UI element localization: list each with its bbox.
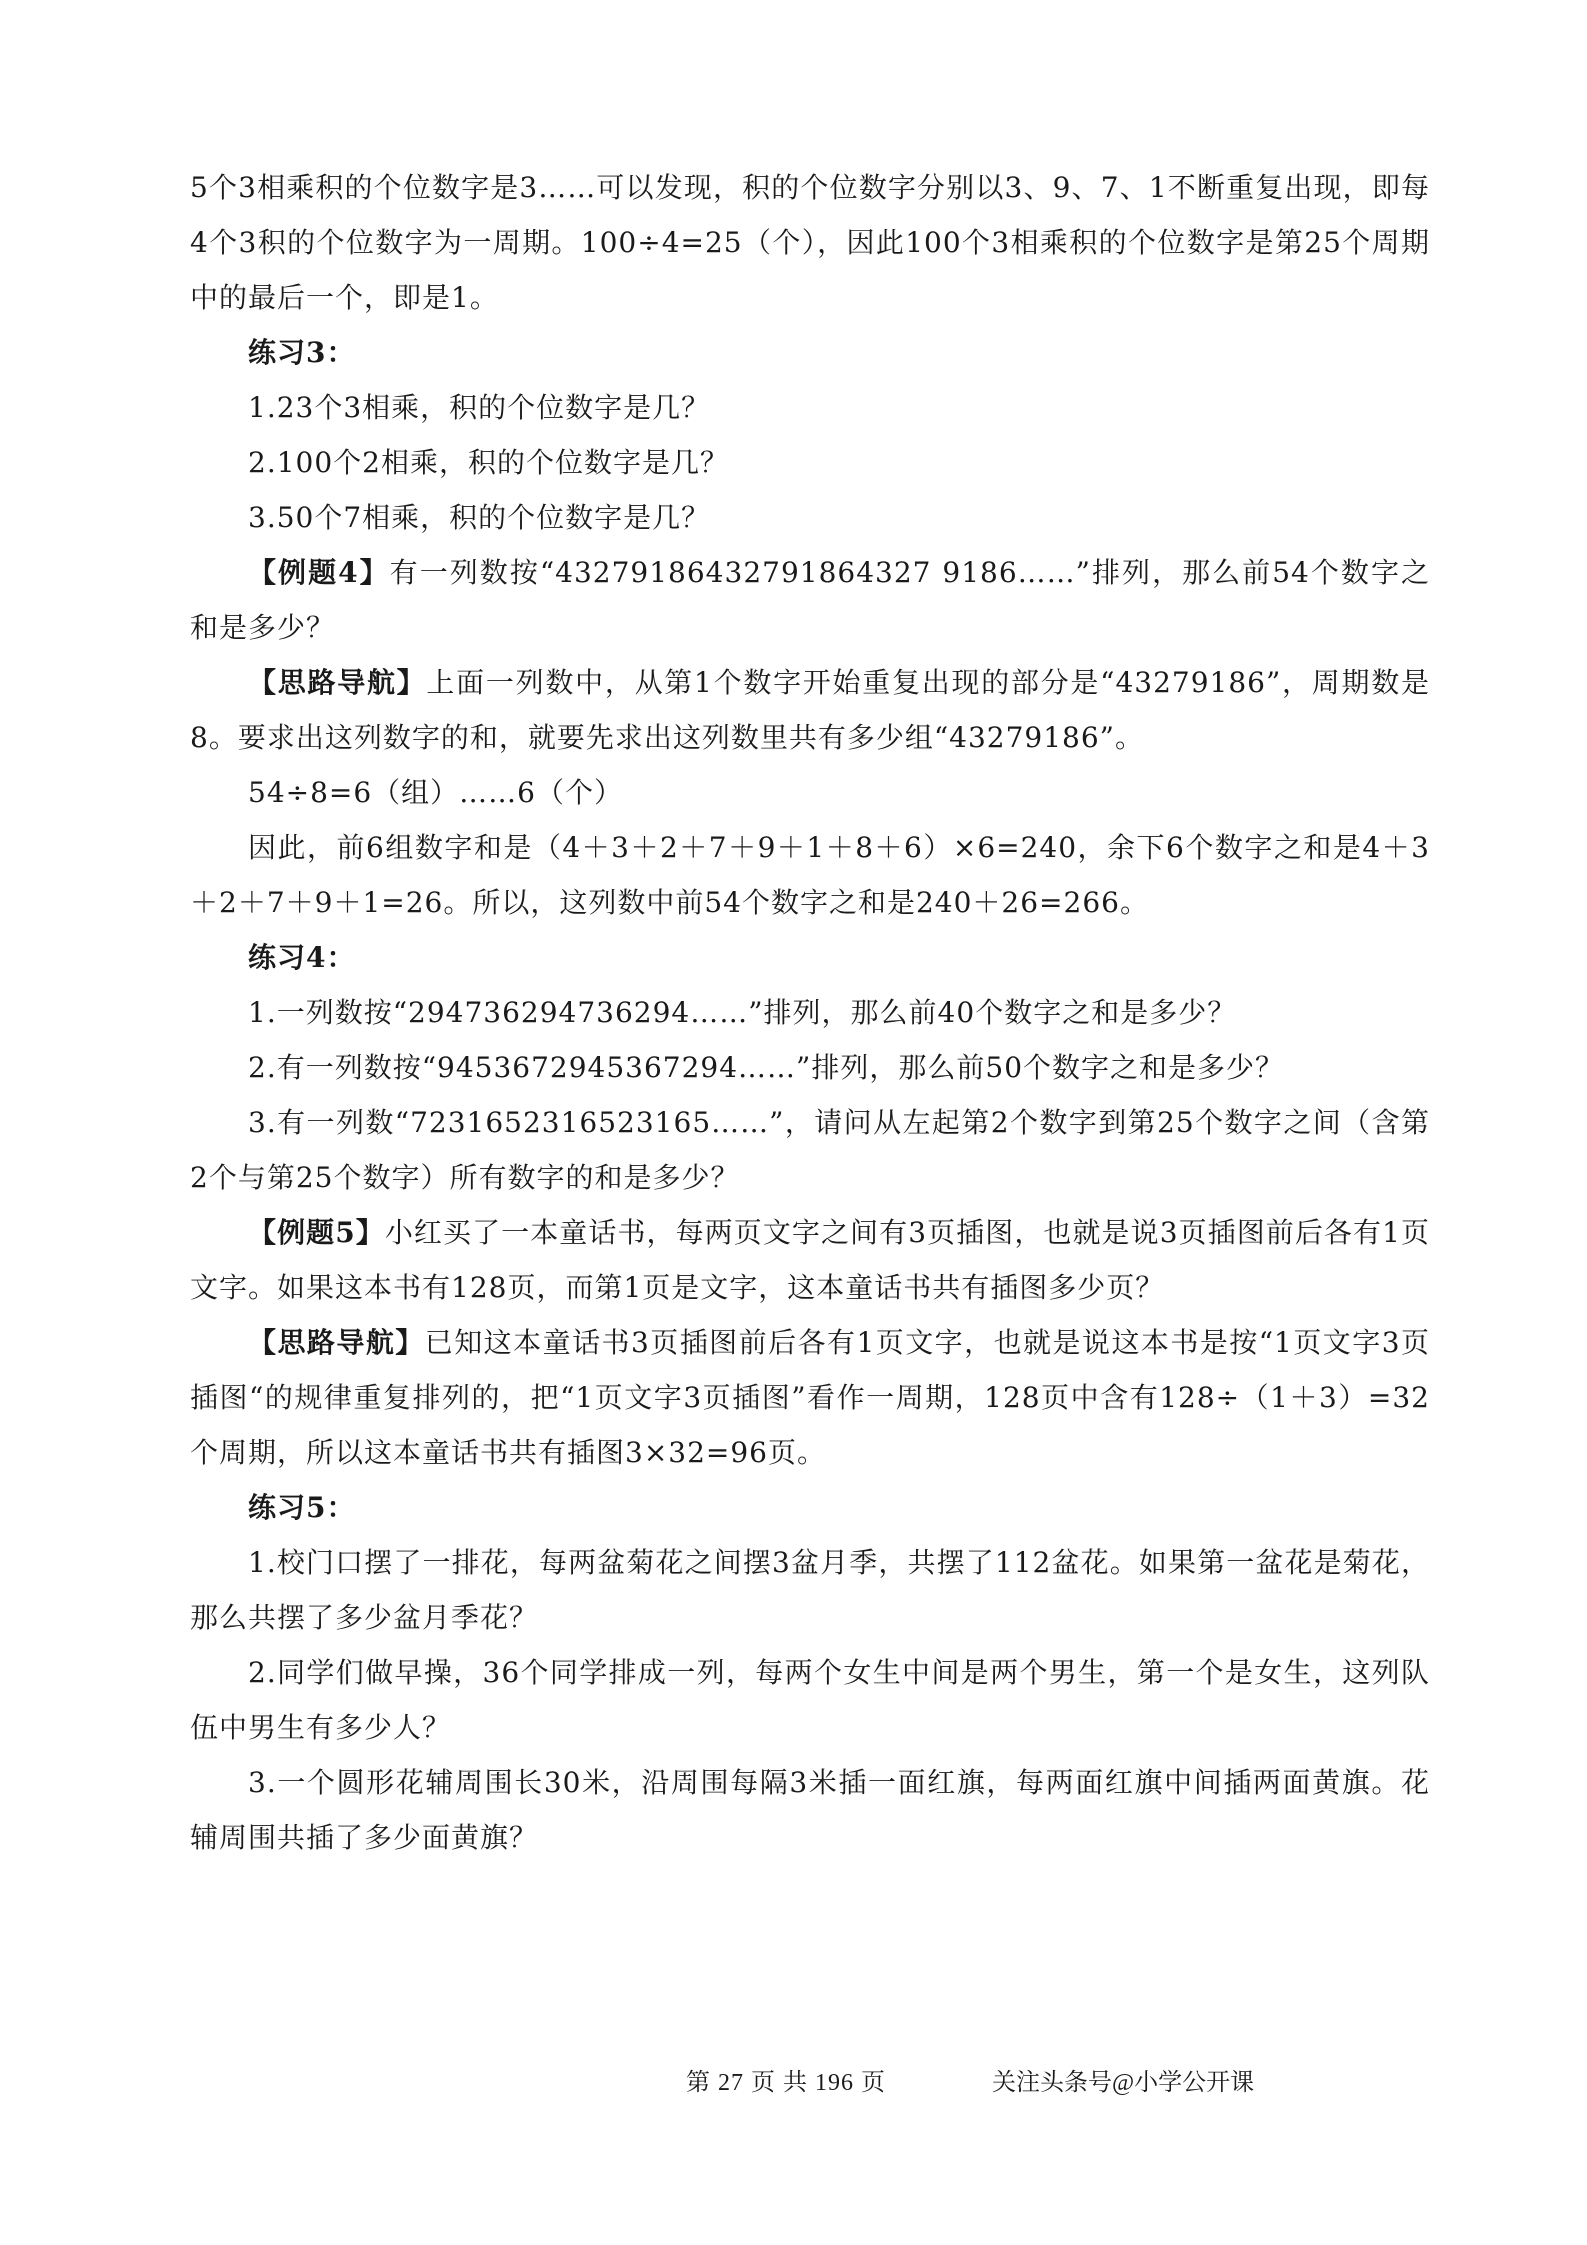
exercise-5-question-1: 1.校门口摆了一排花，每两盆菊花之间摆3盆月季，共摆了112盆花。如果第一盆花是…	[190, 1535, 1430, 1645]
exercise-3-heading: 练习3：	[190, 325, 1430, 380]
example-4-division: 54÷8=6（组）……6（个）	[190, 765, 1430, 820]
exercise-4-question-2: 2.有一列数按“9453672945367294……”排列，那么前50个数字之和…	[190, 1040, 1430, 1095]
exercise-4-question-1: 1.一列数按“294736294736294……”排列，那么前40个数字之和是多…	[190, 985, 1430, 1040]
example-5-label: 【例题5】	[248, 1216, 385, 1249]
example-4-problem: 【例题4】有一列数按“43279186432791864327 9186……”排…	[190, 545, 1430, 655]
approach-label: 【思路导航】	[248, 666, 426, 699]
exercise-4-question-3: 3.有一列数“7231652316523165……”，请问从左起第2个数字到第2…	[190, 1095, 1430, 1205]
paragraph-intro-explanation: 5个3相乘积的个位数字是3……可以发现，积的个位数字分别以3、9、7、1不断重复…	[190, 160, 1430, 325]
example-5-problem: 【例题5】小红买了一本童话书，每两页文字之间有3页插图，也就是说3页插图前后各有…	[190, 1205, 1430, 1315]
document-page: 5个3相乘积的个位数字是3……可以发现，积的个位数字分别以3、9、7、1不断重复…	[190, 160, 1430, 1865]
example-4-solution: 因此，前6组数字和是（4＋3＋2＋7＋9＋1＋8＋6）×6=240，余下6个数字…	[190, 820, 1430, 930]
exercise-4-heading: 练习4：	[190, 930, 1430, 985]
watermark-text: 关注头条号@小学公开课	[992, 2062, 1254, 2097]
exercise-3-question-3: 3.50个7相乘，积的个位数字是几？	[190, 490, 1430, 545]
approach-label: 【思路导航】	[248, 1326, 425, 1359]
page-number: 第 27 页 共 196 页	[686, 2062, 886, 2097]
exercise-3-question-2: 2.100个2相乘，积的个位数字是几？	[190, 435, 1430, 490]
example-4-approach: 【思路导航】上面一列数中，从第1个数字开始重复出现的部分是“43279186”，…	[190, 655, 1430, 765]
exercise-5-heading: 练习5：	[190, 1480, 1430, 1535]
exercise-5-question-2: 2.同学们做早操，36个同学排成一列，每两个女生中间是两个男生，第一个是女生，这…	[190, 1645, 1430, 1755]
example-5-approach: 【思路导航】已知这本童话书3页插图前后各有1页文字，也就是说这本书是按“1页文字…	[190, 1315, 1430, 1480]
exercise-3-question-1: 1.23个3相乘，积的个位数字是几？	[190, 380, 1430, 435]
exercise-5-question-3: 3.一个圆形花辅周围长30米，沿周围每隔3米插一面红旗，每两面红旗中间插两面黄旗…	[190, 1755, 1430, 1865]
example-4-label: 【例题4】	[248, 556, 390, 589]
page-footer: 第 27 页 共 196 页 关注头条号@小学公开课	[0, 2062, 1587, 2102]
